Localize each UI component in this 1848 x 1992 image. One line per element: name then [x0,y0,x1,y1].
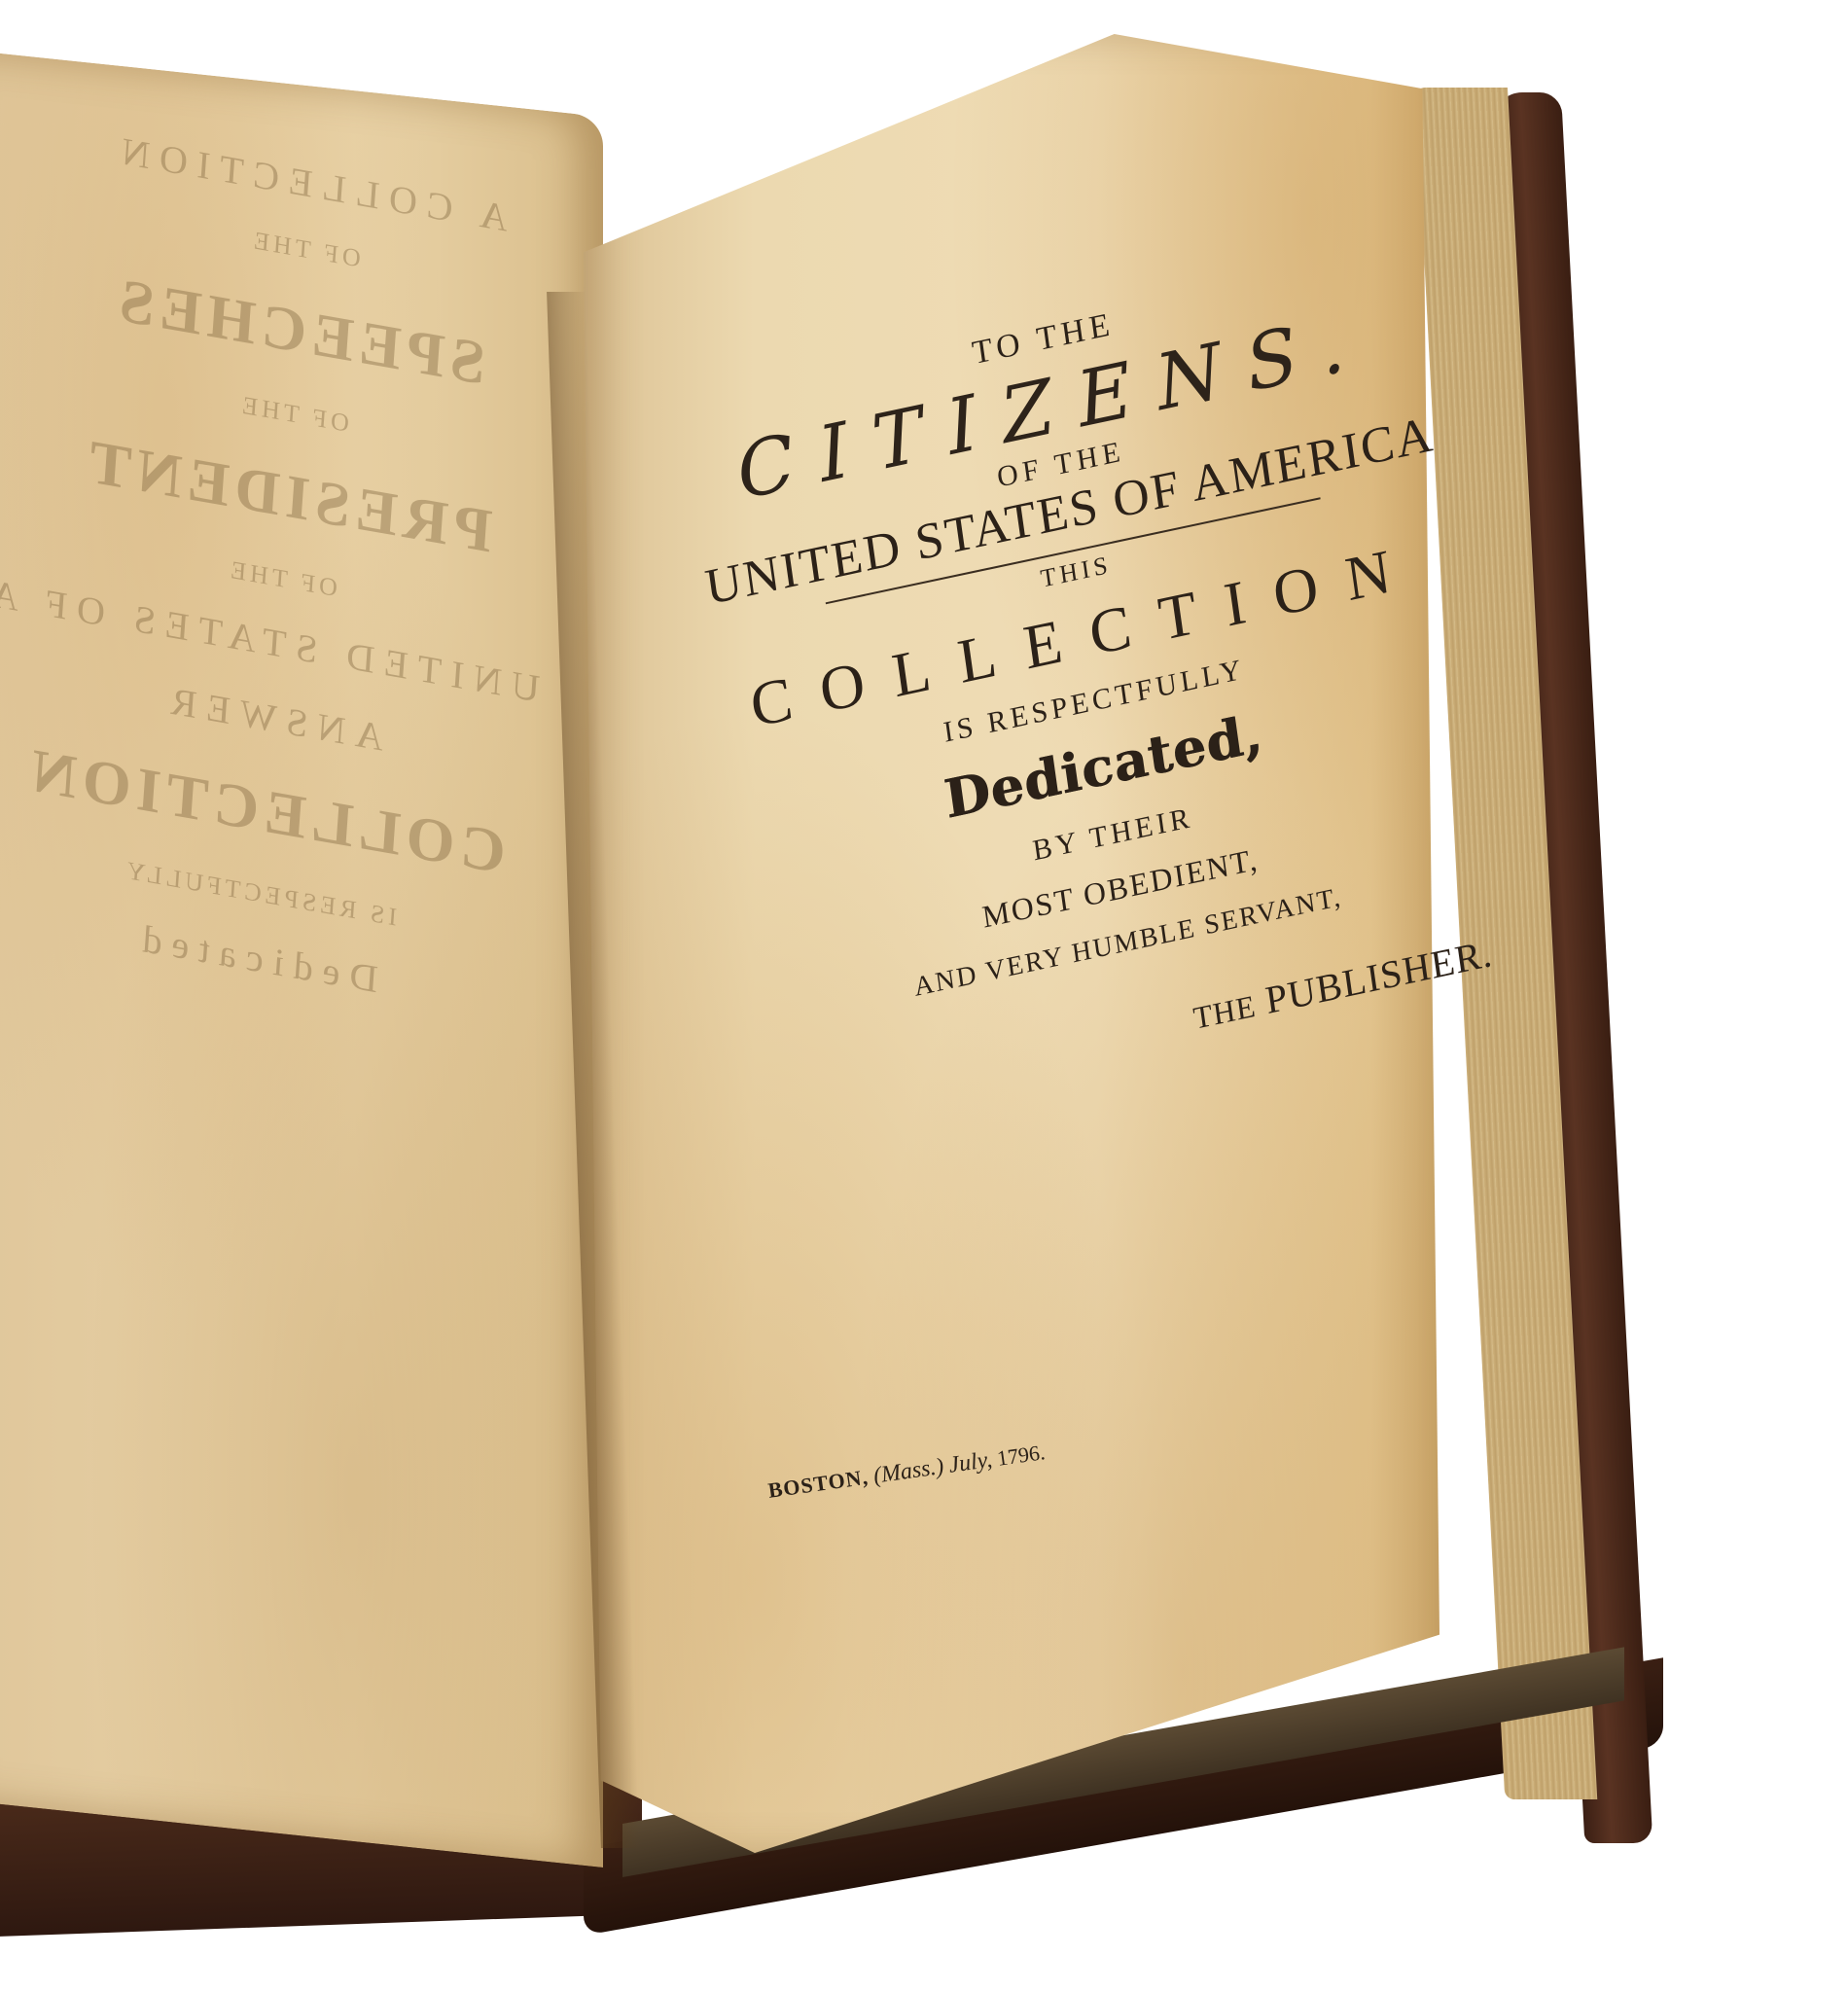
left-page: A COLLECTION OF THE SPEECHES OF THE PRES… [0,52,603,1867]
imprint-year: 1796. [995,1440,1046,1471]
dedication-text-block: TO THE CITIZENS. OF THE UNITED STATES OF… [679,244,1505,1126]
imprint-month: July, [947,1447,994,1478]
bleed-through-text: A COLLECTION OF THE SPEECHES OF THE PRES… [0,109,574,1050]
